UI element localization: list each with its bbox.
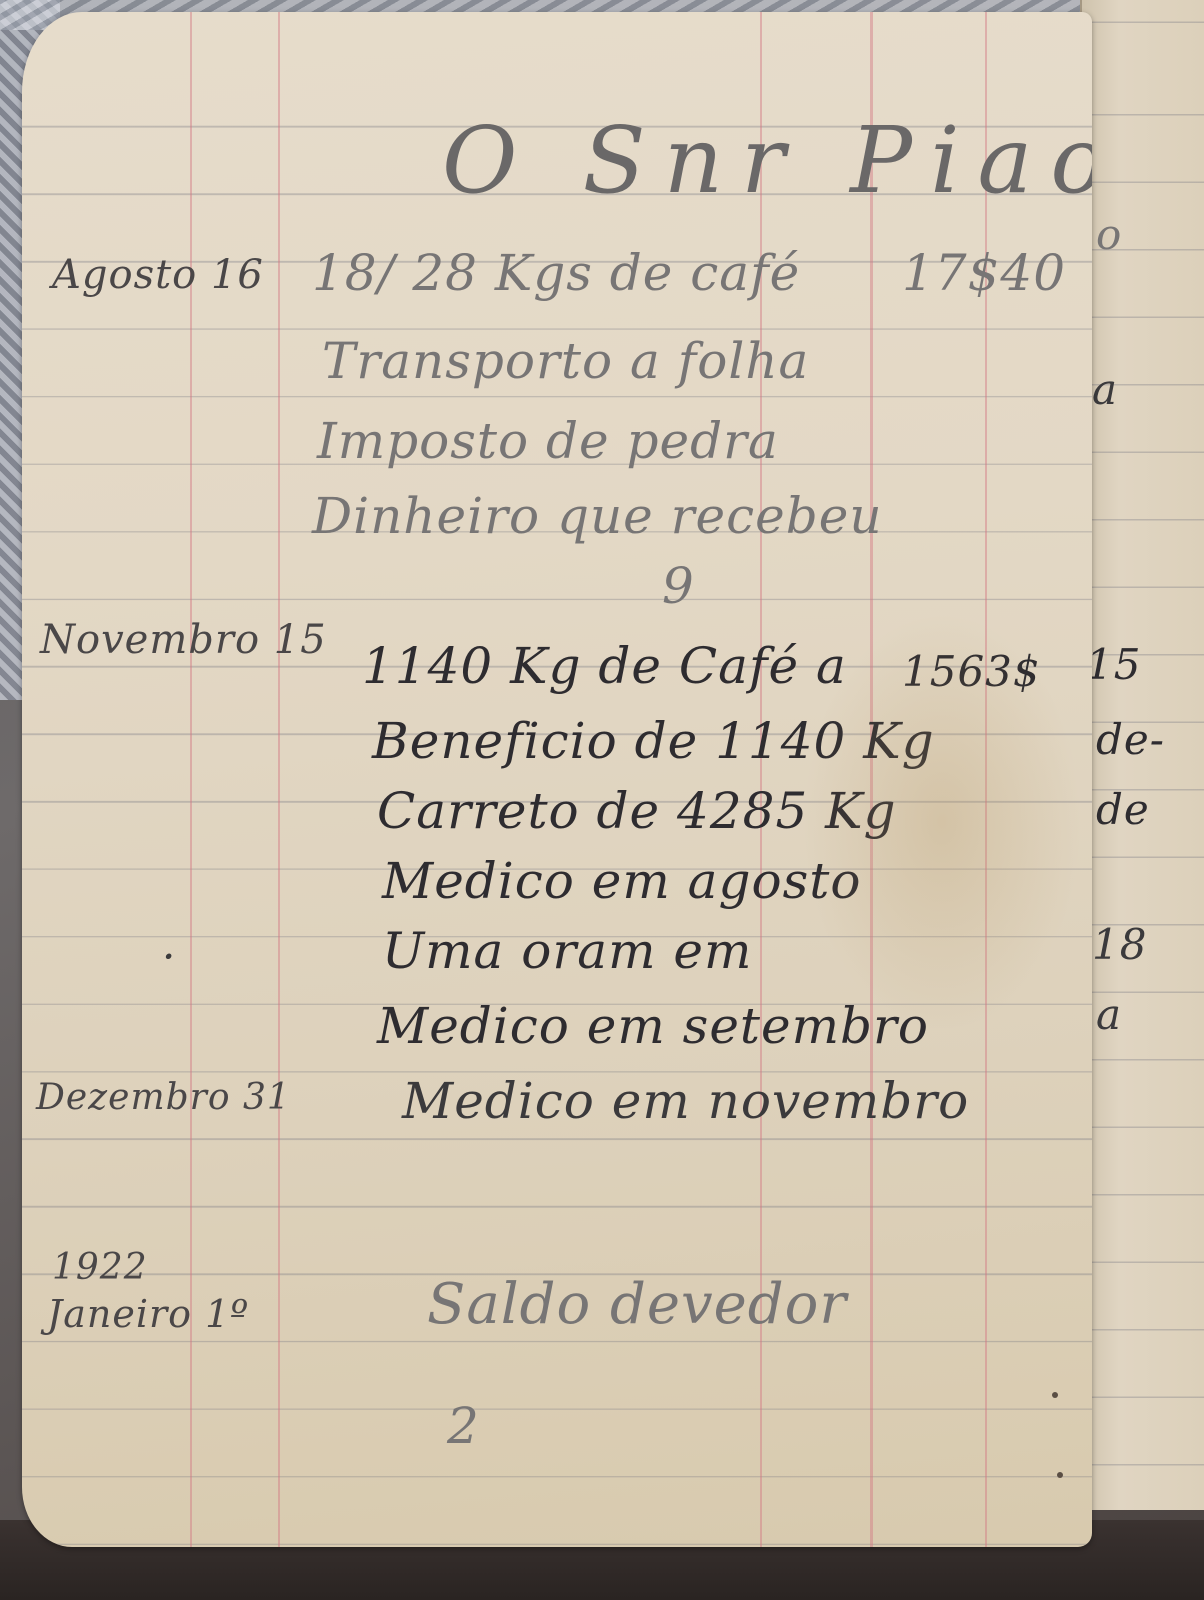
adjacent-page: o a 15 de- de 18 a — [1080, 0, 1204, 1510]
adjacent-page-fragment: o — [1096, 210, 1122, 259]
entry-line: Medico em novembro — [402, 1072, 969, 1130]
entry-line: Saldo devedor — [427, 1272, 847, 1337]
entry-line: Medico em setembro — [377, 997, 929, 1055]
worm-hole — [1052, 1392, 1058, 1398]
column-rule — [985, 12, 987, 1547]
entry-line: Transporto a folha — [322, 332, 809, 390]
entry-year: 1922 — [52, 1247, 148, 1288]
entry-line: Medico em agosto — [382, 852, 861, 910]
entry-line: Dinheiro que recebeu — [312, 487, 883, 545]
page-number: 2 — [447, 1397, 480, 1455]
entry-line: 18/ 28 Kgs de café — [312, 244, 800, 302]
adjacent-page-fragment: 18 — [1092, 920, 1147, 969]
entry-line: Imposto de pedra — [317, 412, 779, 470]
entry-line: Carreto de 4285 Kg — [377, 782, 897, 840]
entry-line: Beneficio de 1140 Kg — [372, 712, 935, 770]
entry-line: 1140 Kg de Café a — [362, 637, 847, 695]
entry-date: Novembro 15 — [40, 617, 327, 663]
adjacent-page-fragment: a — [1096, 990, 1122, 1039]
dot-mark: · — [162, 932, 176, 981]
adjacent-page-fragment: de- — [1096, 715, 1165, 764]
ledger-page: O Snr Piao Agosto 16 18/ 28 Kgs de café … — [22, 12, 1092, 1547]
adjacent-page-fragment: de — [1096, 785, 1150, 834]
margin-rule — [278, 12, 280, 1547]
stray-mark: 9 — [662, 557, 695, 615]
entry-amount: 17$40 — [902, 244, 1066, 302]
entry-amount: 1563$ — [902, 647, 1041, 696]
worm-hole — [1057, 1472, 1063, 1478]
adjacent-page-fragment: 15 — [1086, 640, 1141, 689]
account-heading: O Snr Piao — [442, 107, 1092, 214]
adjacent-page-fragment: a — [1092, 365, 1118, 414]
entry-date: Janeiro 1º — [47, 1292, 249, 1336]
entry-date: Dezembro 31 — [36, 1077, 291, 1118]
column-rule — [870, 12, 873, 1547]
entry-date: Agosto 16 — [52, 252, 264, 298]
entry-line: Uma oram em — [382, 922, 752, 980]
